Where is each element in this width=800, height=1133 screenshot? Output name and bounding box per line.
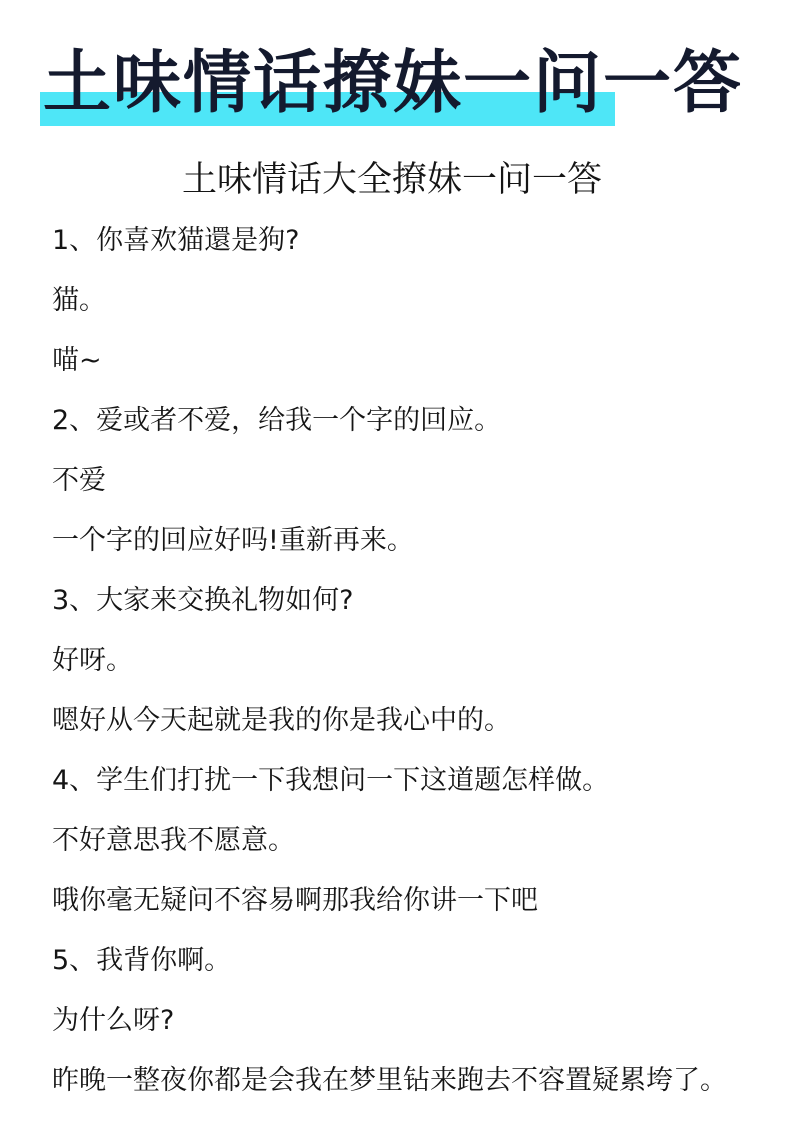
question-line: 3、大家来交换礼物如何? — [52, 581, 772, 641]
answer-line: 不爱 — [52, 461, 772, 521]
answer-line: 好呀。 — [52, 641, 772, 701]
answer-line: 不好意思我不愿意。 — [52, 821, 772, 881]
question-line: 5、我背你啊。 — [52, 941, 772, 1001]
question-line: 4、学生们打扰一下我想问一下这道题怎样做。 — [52, 761, 772, 821]
reply-line: 哦你毫无疑问不容易啊那我给你讲一下吧 — [52, 881, 772, 941]
question-line: 1、你喜欢猫還是狗? — [52, 221, 772, 281]
title-block: 土味情话撩妹一问一答 — [40, 44, 615, 128]
answer-line: 为什么呀? — [52, 1001, 772, 1061]
reply-line: 嗯好从今天起就是我的你是我心中的。 — [52, 701, 772, 761]
answer-line: 猫。 — [52, 281, 772, 341]
reply-line: 一个字的回应好吗!重新再来。 — [52, 521, 772, 581]
reply-line: 昨晚一整夜你都是会我在梦里钻来跑去不容置疑累垮了。 — [52, 1061, 772, 1121]
page-subtitle: 土味情话大全撩妹一问一答 — [182, 158, 602, 202]
reply-line: 喵~ — [52, 341, 772, 401]
page-title: 土味情话撩妹一问一答 — [43, 44, 743, 124]
question-line: 2、爱或者不爱，给我一个字的回应。 — [52, 401, 772, 461]
qa-list: 1、你喜欢猫還是狗? 猫。 喵~ 2、爱或者不爱，给我一个字的回应。 不爱 一个… — [52, 221, 772, 1121]
